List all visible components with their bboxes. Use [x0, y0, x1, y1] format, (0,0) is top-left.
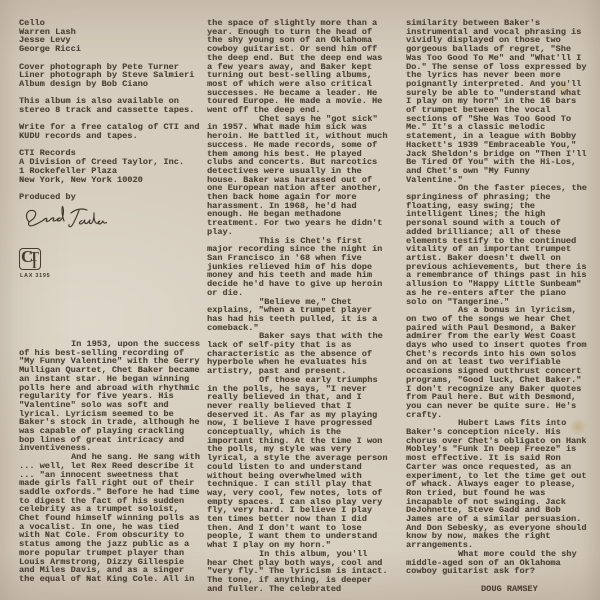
production-credits: Cover photograph by Pete Turner Liner ph…: [19, 63, 201, 89]
liner-paragraph: Of those early triumphs in the polls, he…: [207, 376, 391, 550]
album-back-cover: Cello Warren Lash Jesse Levy George Ricc…: [0, 0, 600, 600]
liner-paragraph: In 1953, upon the success of his best-se…: [19, 340, 203, 453]
liner-paragraph: Hubert Laws fits into Baker's conception…: [406, 419, 590, 550]
catalog-number: LAX 3195: [20, 273, 201, 279]
liner-paragraph: And he sang. He sang with ... well, let …: [19, 453, 203, 584]
liner-paragraph: Baker says that with the lack of self-pi…: [207, 332, 391, 376]
liner-paragraph: What more could the shy middle-aged son …: [406, 550, 590, 576]
label-address: CTI Records A Division of Creed Taylor, …: [19, 149, 201, 184]
creed-taylor-signature: [19, 204, 111, 234]
credit-line: Album design by Bob Ciano: [19, 80, 201, 89]
liner-paragraph: the space of slightly more than a year. …: [207, 19, 391, 115]
liner-paragraph: This is Chet's first major recording sin…: [207, 237, 391, 298]
credit-line: George Ricci: [19, 45, 201, 54]
address-line: New York, New York 10020: [19, 176, 201, 185]
liner-paragraph: similarity between Baker's instrumental …: [406, 19, 590, 184]
liner-paragraph: As a bonus in lyricism, on two of the so…: [406, 306, 590, 419]
liner-notes-middle-column: the space of slightly more than a year. …: [207, 19, 391, 593]
liner-paragraph: Chet says he "got sick" in 1957. What ma…: [207, 115, 391, 237]
liner-paragraph: "Believe me," Chet explains, "when a tru…: [207, 298, 391, 333]
logo-letter-i: I: [32, 254, 37, 274]
availability-note: This album is also available on stereo 8…: [19, 97, 201, 114]
liner-paragraph: In this album, you'll hear Chet play bot…: [207, 550, 391, 594]
cti-logo: C T I LAX 3195: [19, 248, 201, 279]
left-column-credits: Cello Warren Lash Jesse Levy George Ricc…: [19, 19, 201, 279]
liner-paragraph: On the faster pieces, the springiness of…: [406, 184, 590, 306]
musician-credits: Cello Warren Lash Jesse Levy George Ricc…: [19, 19, 201, 54]
catalog-offer: Write for a free catalog of CTI and KUDU…: [19, 123, 201, 140]
produced-by-label: Produced by: [19, 193, 201, 202]
liner-notes-right-column: similarity between Baker's instrumental …: [406, 19, 590, 593]
cti-logo-mark: C T I: [19, 248, 41, 270]
author-byline: DOUG RAMSEY: [406, 585, 590, 594]
liner-notes-left-column: In 1953, upon the success of his best-se…: [19, 340, 203, 584]
